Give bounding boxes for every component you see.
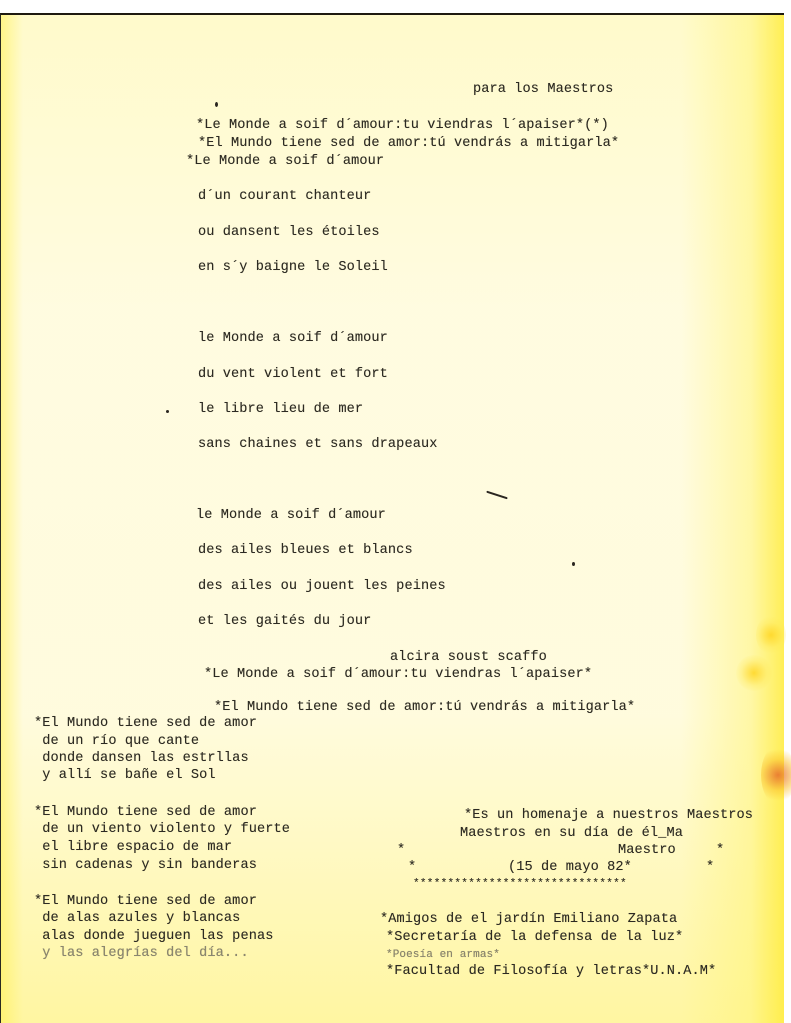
- poem-line: el libre espacio de mar: [34, 840, 232, 856]
- poem-line: du vent violent et fort: [198, 367, 388, 383]
- poem-author: alcira soust scaffo: [390, 650, 547, 666]
- dedication-star: *: [716, 843, 724, 859]
- poem-line: d´un courant chanteur: [198, 189, 371, 205]
- paper-stain: [761, 745, 791, 805]
- closing-epigraph-french: *Le Monde a soif d´amour:tu viendras l´a…: [204, 667, 592, 683]
- poem-line: le Monde a soif d´amour: [196, 508, 386, 524]
- poem-line: *El Mundo tiene sed de amor: [34, 716, 257, 732]
- closing-epigraph-spanish: *El Mundo tiene sed de amor:tú vendrás a…: [214, 700, 635, 716]
- dedication-date: (15 de mayo 82*: [508, 860, 632, 876]
- poem-line: y las alegrías del día...: [34, 946, 249, 962]
- dedication-line: Maestro: [618, 843, 676, 859]
- ink-speck: [166, 410, 169, 413]
- credit-line: *Amigos de el jardín Emiliano Zapata: [380, 912, 677, 928]
- epigraph-spanish: *El Mundo tiene sed de amor:tú vendrás a…: [198, 136, 619, 152]
- poem-line: sin cadenas y sin banderas: [34, 858, 257, 874]
- poem-line: *El Mundo tiene sed de amor: [34, 805, 257, 821]
- ink-speck: [572, 562, 575, 566]
- document-header: para los Maestros: [473, 82, 613, 98]
- paper-stain: [736, 655, 772, 691]
- poem-line: en s´y baigne le Soleil: [198, 260, 388, 276]
- dedication-star: *: [397, 843, 405, 859]
- epigraph-french: *Le Monde a soif d´amour:tu viendras l´a…: [196, 118, 609, 134]
- dedication-line: *Es un homenaje a nuestros Maestros: [464, 808, 753, 824]
- poem-line: y allí se bañe el Sol: [34, 768, 216, 784]
- poem-line: *El Mundo tiene sed de amor: [34, 894, 257, 910]
- poem-line: des ailes ou jouent les peines: [198, 579, 446, 595]
- star-border: *******************************: [413, 876, 627, 892]
- credit-line: *Secretaría de la defensa de la luz*: [386, 930, 683, 946]
- poem-line: le Monde a soif d´amour: [198, 331, 388, 347]
- dedication-line: Maestros en su día de él_Ma: [460, 826, 683, 842]
- poem-line: sans chaines et sans drapeaux: [198, 437, 437, 453]
- dedication-star: *: [408, 860, 416, 876]
- dedication-star: *: [706, 860, 714, 876]
- poem-line: alas donde jueguen las penas: [34, 929, 273, 945]
- poem-line: des ailes bleues et blancs: [198, 543, 413, 559]
- poem-line: de un río que cante: [34, 734, 199, 750]
- poem-line: de un viento violento y fuerte: [34, 822, 290, 838]
- poem-line: ou dansent les étoiles: [198, 225, 380, 241]
- poem-line: *Le Monde a soif d´amour: [186, 154, 384, 170]
- ink-speck: [215, 102, 218, 107]
- credit-line: *Poesía en armas*: [386, 947, 500, 963]
- poem-line: et les gaités du jour: [198, 614, 371, 630]
- poem-line: de alas azules y blancas: [34, 911, 240, 927]
- poem-line: le libre lieu de mer: [198, 402, 363, 418]
- poem-line: donde dansen las estrllas: [34, 751, 249, 767]
- paper-stain: [756, 615, 786, 655]
- credit-line: *Facultad de Filosofía y letras*U.N.A.M*: [386, 964, 716, 980]
